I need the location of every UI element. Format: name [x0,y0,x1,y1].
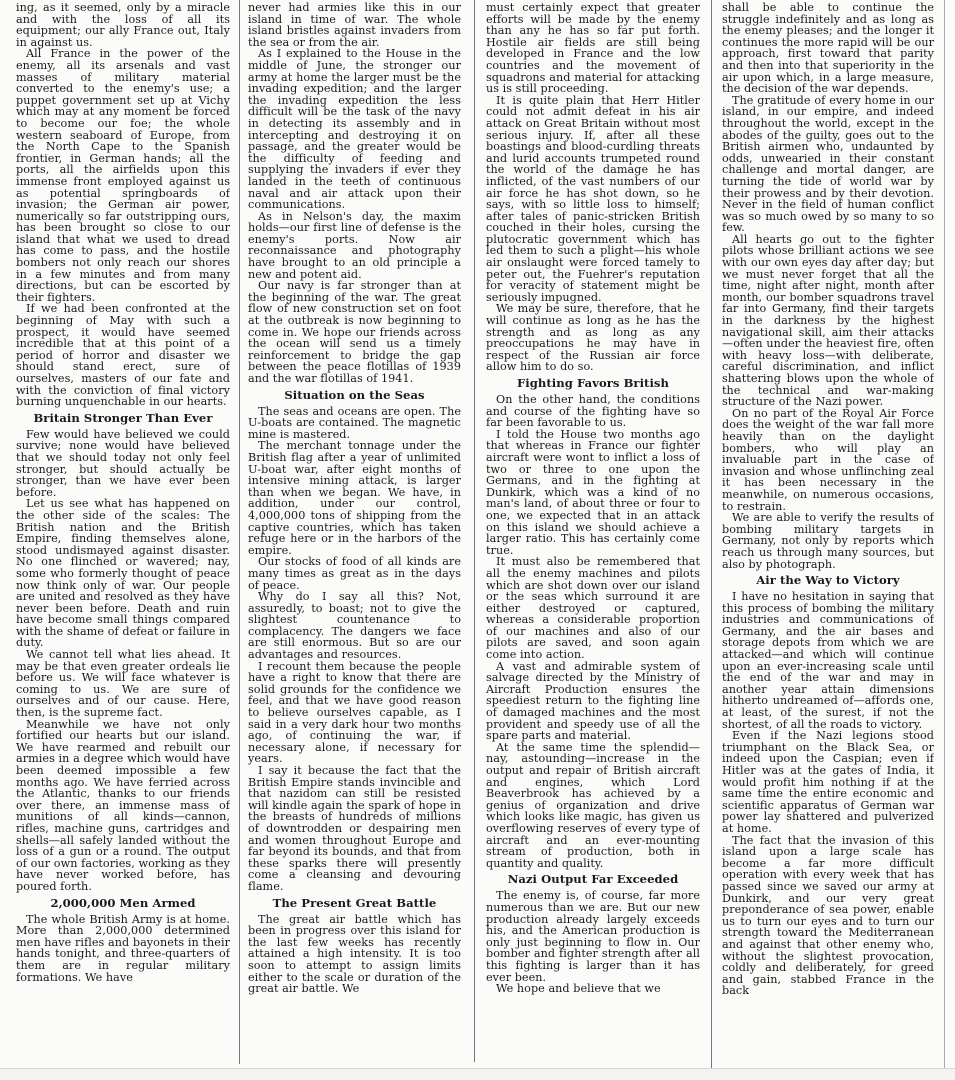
article-paragraph: must certainly expect that greater effor… [486,2,700,95]
article-paragraph: We hope and believe that we [486,983,700,995]
article-paragraph: As I explained to the House in the middl… [248,48,461,210]
article-paragraph: The whole British Army is at home. More … [16,914,230,984]
article-paragraph: The great air battle which has been in p… [248,914,461,995]
column-rule [474,0,475,1062]
article-paragraph: Few would have believed we could survive… [16,429,230,499]
article-paragraph: ing, as it seemed, only by a miracle and… [16,2,230,48]
article-paragraph: Our navy is far stronger than at the beg… [248,280,461,384]
article-paragraph: We are able to verify the results of bom… [722,512,934,570]
article-paragraph: Meanwhile we have not only fortified our… [16,719,230,893]
section-heading: 2,000,000 Men Armed [16,897,230,910]
article-paragraph: At the same time the splendid—nay, astou… [486,742,700,870]
article-paragraph: If we had been confronted at the beginni… [16,303,230,407]
article-paragraph: I told the House two months ago that whe… [486,429,700,557]
article-paragraph: On the other hand, the conditions and co… [486,394,700,429]
section-heading: Fighting Favors British [486,377,700,390]
article-paragraph: I recount them because the people have a… [248,661,461,765]
section-heading: The Present Great Battle [248,897,461,910]
page-bottom-edge [0,1068,955,1080]
article-paragraph: Our stocks of food of all kinds are many… [248,556,461,591]
column-1: ing, as it seemed, only by a miracle and… [16,2,230,1066]
newspaper-page: ing, as it seemed, only by a miracle and… [0,0,955,1080]
section-heading: Nazi Output Far Exceeded [486,873,700,886]
article-paragraph: The seas and oceans are open. The U-boat… [248,406,461,441]
section-heading: Britain Stronger Than Ever [16,412,230,425]
article-paragraph: All hearts go out to the fighter pilots … [722,234,934,408]
article-paragraph: The gratitude of every home in our islan… [722,95,934,234]
article-paragraph: We may be sure, therefore, that he will … [486,303,700,373]
article-paragraph: Even if the Nazi legions stood triumphan… [722,730,934,834]
article-paragraph: It is quite plain that Herr Hitler could… [486,95,700,304]
article-paragraph: We cannot tell what lies ahead. It may b… [16,649,230,719]
article-paragraph: Let us see what has happened on the othe… [16,498,230,649]
article-paragraph: I have no hesitation in saying that this… [722,591,934,730]
column-4: shall be able to continue the struggle i… [722,2,934,1072]
column-2: never had armies like this in our island… [248,2,461,1064]
section-heading: Situation on the Seas [248,389,461,402]
article-paragraph: As in Nelson's day, the maxim holds—our … [248,211,461,281]
article-paragraph: It must also be remembered that all the … [486,556,700,660]
article-paragraph: Why do I say all this? Not, assuredly, t… [248,591,461,661]
article-paragraph: The fact that the invasion of this islan… [722,835,934,997]
column-rule [944,0,945,1072]
article-paragraph: never had armies like this in our island… [248,2,461,48]
article-paragraph: The enemy is, of course, far more numero… [486,890,700,983]
article-paragraph: All France in the power of the enemy, al… [16,48,230,303]
article-paragraph: shall be able to continue the struggle i… [722,2,934,95]
column-3: must certainly expect that greater effor… [486,2,700,1066]
article-paragraph: A vast and admirable system of salvage d… [486,661,700,742]
section-heading: Air the Way to Victory [722,574,934,587]
article-paragraph: I say it because the fact that the Briti… [248,765,461,893]
column-rule [711,0,712,1070]
column-rule [239,0,240,1064]
article-paragraph: The merchant tonnage under the British f… [248,440,461,556]
article-paragraph: On no part of the Royal Air Force does t… [722,408,934,512]
